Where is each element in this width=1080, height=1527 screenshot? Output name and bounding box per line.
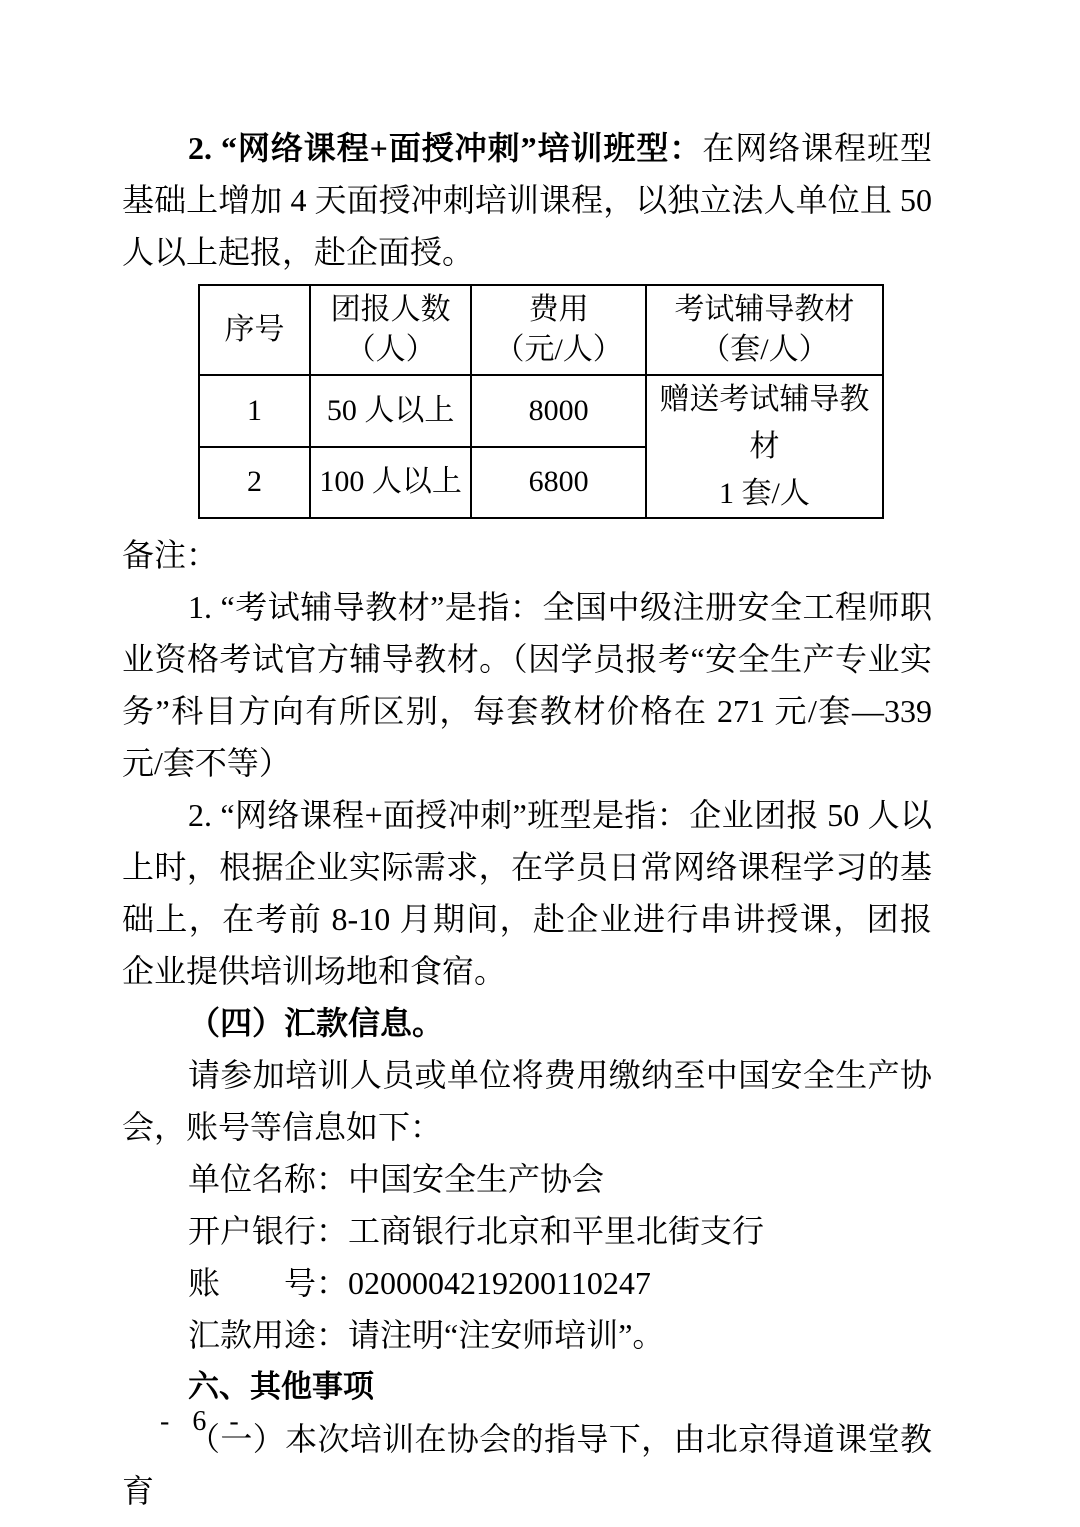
remittance-heading: （四）汇款信息。 bbox=[122, 997, 932, 1049]
remittance-bank: 开户银行：工商银行北京和平里北街支行 bbox=[122, 1205, 932, 1257]
cell-count-1: 50 人以上 bbox=[310, 375, 471, 447]
account-number-label: 账 号： bbox=[188, 1265, 348, 1301]
cell-count-2: 100 人以上 bbox=[310, 447, 471, 519]
document-content: 2. “网络课程+面授冲刺”培训班型：在网络课程班型基础上增加 4 天面授冲刺培… bbox=[122, 122, 932, 1517]
header-serial-number: 序号 bbox=[199, 285, 310, 375]
account-number-value: 0200004219200110247 bbox=[348, 1265, 651, 1301]
account-name-value: 中国安全生产协会 bbox=[348, 1161, 604, 1197]
cell-fee-2: 6800 bbox=[471, 447, 646, 519]
table-header-row: 序号 团报人数 （人） 费用 （元/人） 考试辅导教材 （套/人） bbox=[199, 285, 883, 375]
remark-note-2: 2. “网络课程+面授冲刺”班型是指：企业团报 50 人以上时，根据企业实际需求… bbox=[122, 789, 932, 997]
remittance-intro: 请参加培训人员或单位将费用缴纳至中国安全生产协会，账号等信息如下： bbox=[122, 1049, 932, 1153]
header-group-count: 团报人数 （人） bbox=[310, 285, 471, 375]
remittance-purpose: 汇款用途：请注明“注安师培训”。 bbox=[122, 1309, 932, 1361]
cell-serial-2: 2 bbox=[199, 447, 310, 519]
bank-label: 开户银行： bbox=[188, 1213, 348, 1249]
table-row: 1 50 人以上 8000 赠送考试辅导教材 1 套/人 bbox=[199, 375, 883, 447]
purpose-label: 汇款用途： bbox=[188, 1317, 348, 1353]
page-number: - 6 - bbox=[160, 1402, 247, 1442]
class-type-lead: 2. “网络课程+面授冲刺”培训班型： bbox=[188, 130, 702, 166]
bank-value: 工商银行北京和平里北街支行 bbox=[348, 1213, 764, 1249]
cell-fee-1: 8000 bbox=[471, 375, 646, 447]
cell-serial-1: 1 bbox=[199, 375, 310, 447]
remark-note-1: 1. “考试辅导教材”是指：全国中级注册安全工程师职业资格考试官方辅导教材。（因… bbox=[122, 581, 932, 789]
purpose-value: 请注明“注安师培训”。 bbox=[348, 1317, 664, 1353]
header-fee: 费用 （元/人） bbox=[471, 285, 646, 375]
group-pricing-table: 序号 团报人数 （人） 费用 （元/人） 考试辅导教材 （套/人） bbox=[198, 284, 884, 519]
remittance-account-number: 账 号：0200004219200110247 bbox=[122, 1257, 932, 1309]
remarks-label: 备注： bbox=[122, 529, 932, 581]
remittance-account-name: 单位名称：中国安全生产协会 bbox=[122, 1153, 932, 1205]
header-exam-material: 考试辅导教材 （套/人） bbox=[646, 285, 883, 375]
cell-material-merged: 赠送考试辅导教材 1 套/人 bbox=[646, 375, 883, 518]
paragraph-class-type: 2. “网络课程+面授冲刺”培训班型：在网络课程班型基础上增加 4 天面授冲刺培… bbox=[122, 122, 932, 278]
account-name-label: 单位名称： bbox=[188, 1161, 348, 1197]
document-page: 2. “网络课程+面授冲刺”培训班型：在网络课程班型基础上增加 4 天面授冲刺培… bbox=[0, 0, 1080, 1527]
